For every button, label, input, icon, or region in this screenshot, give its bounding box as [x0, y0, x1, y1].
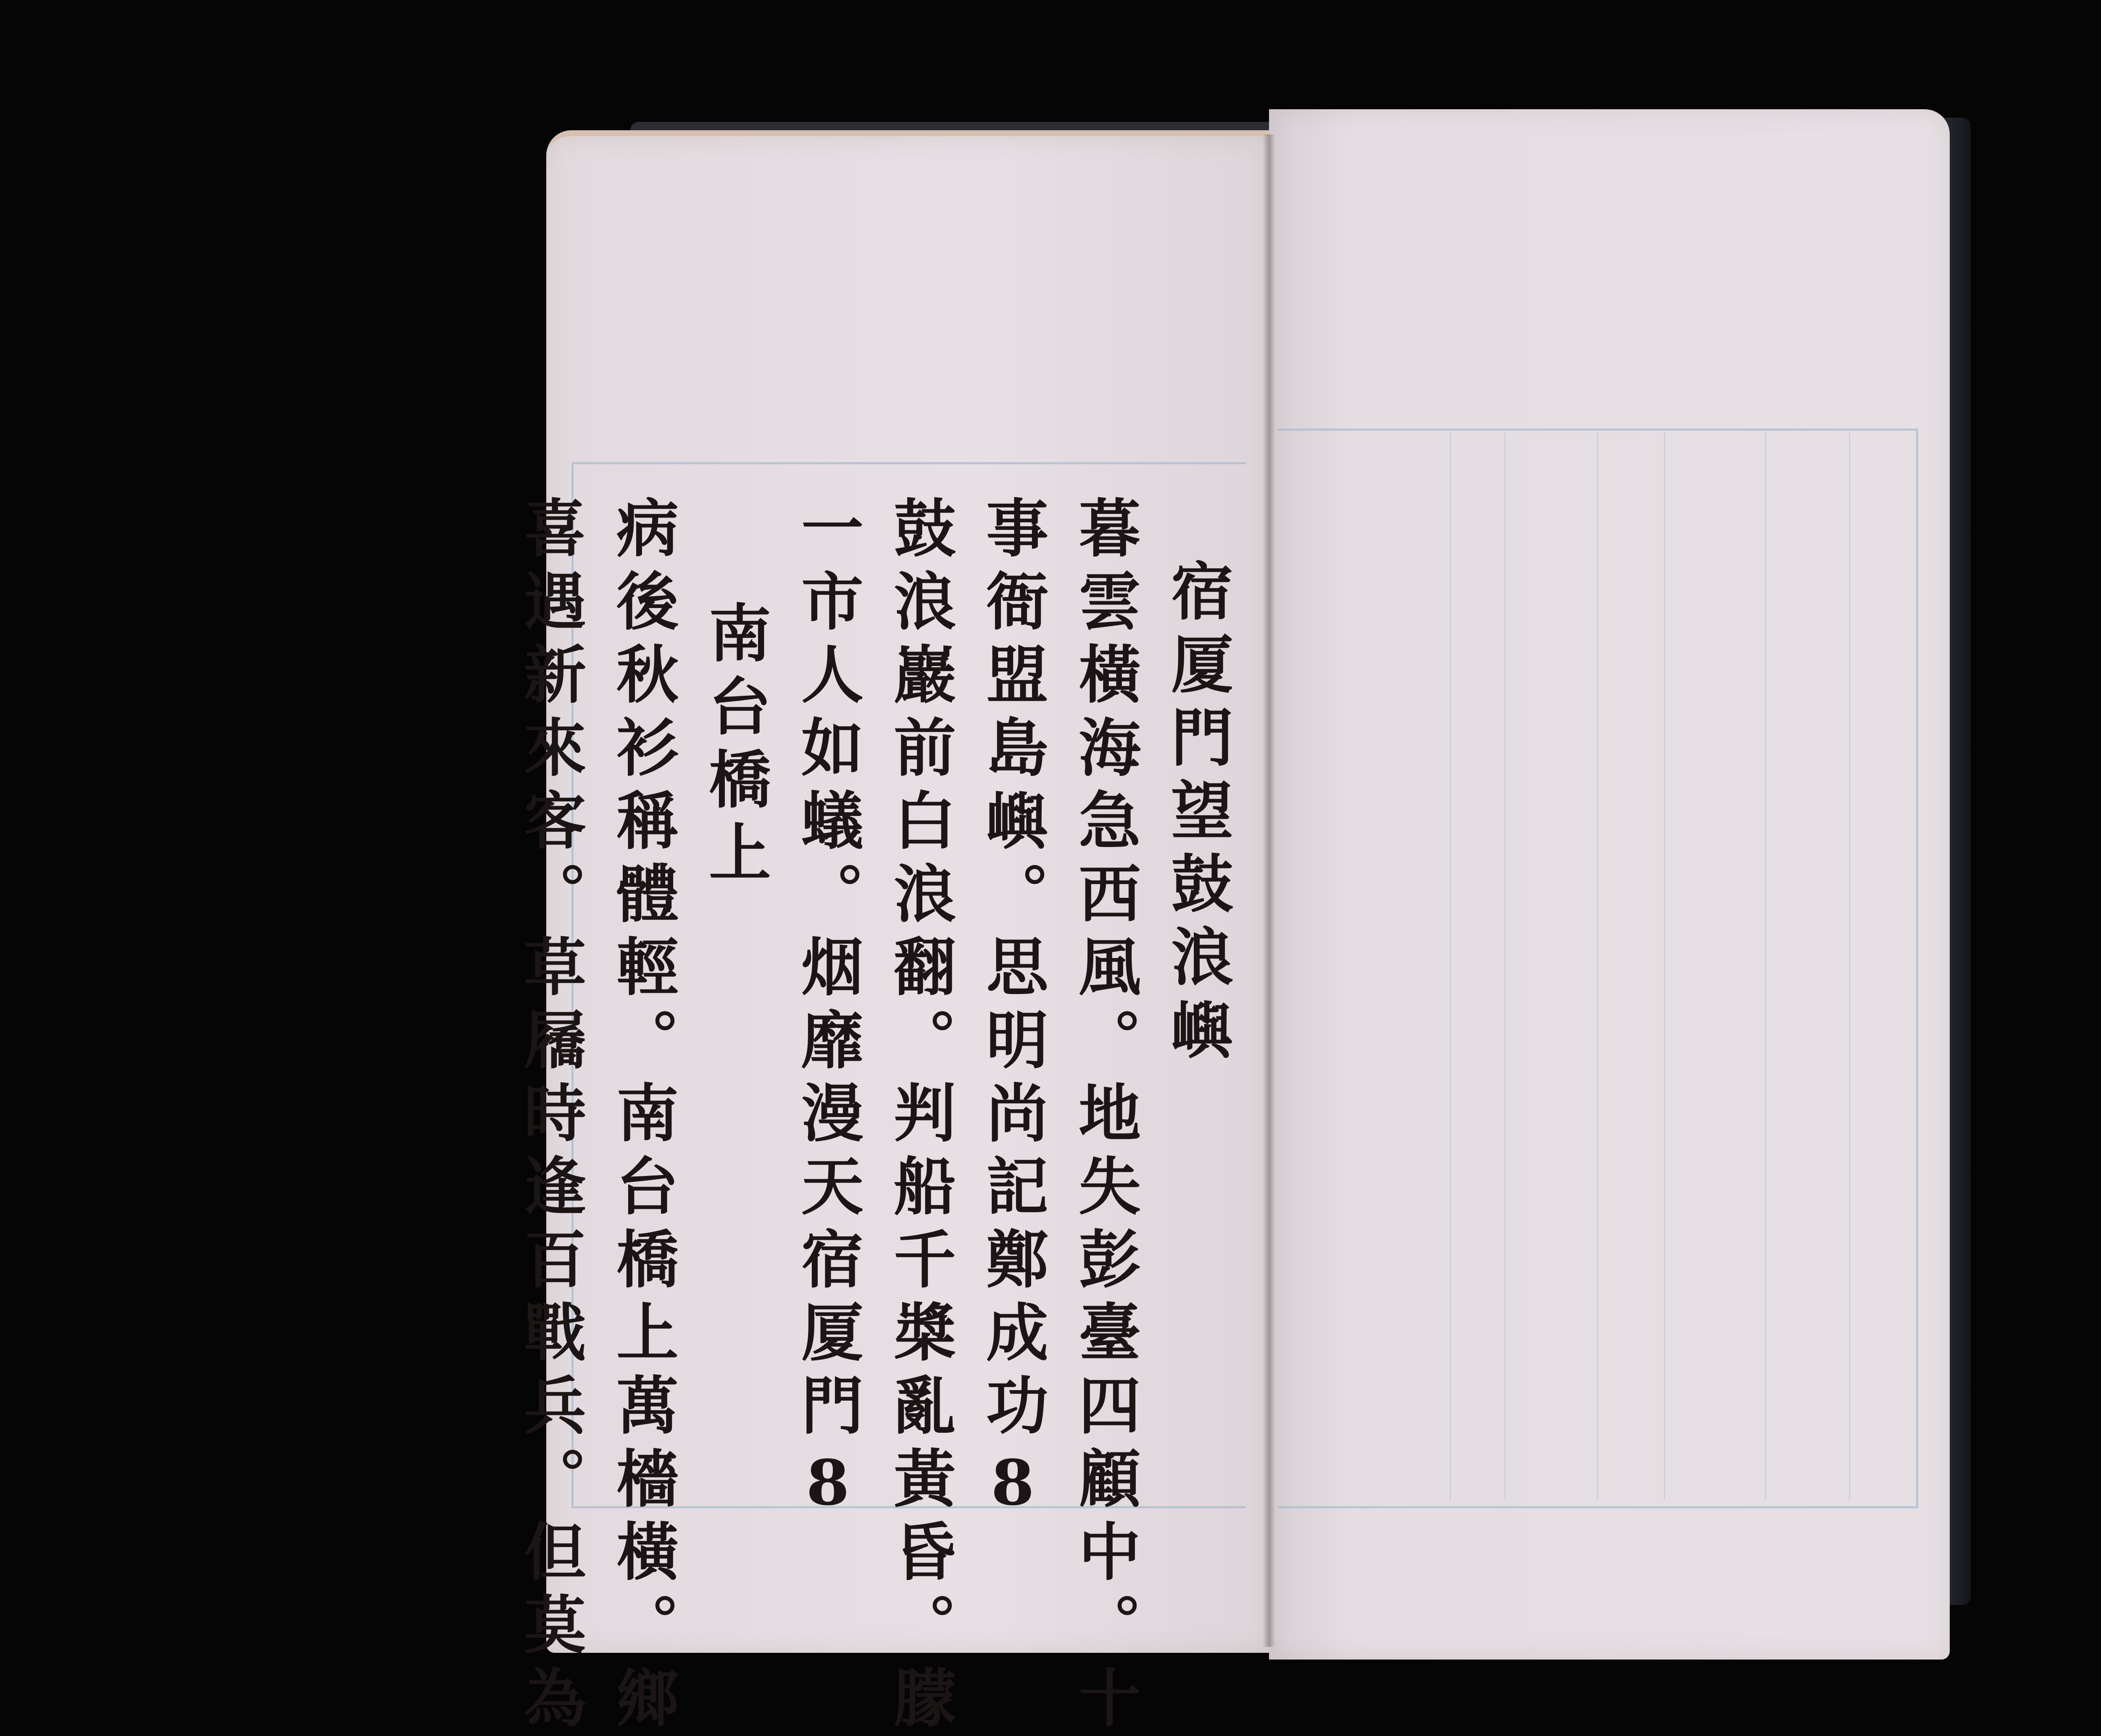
right-page-column-rule [1597, 433, 1598, 1500]
poem-line: 一市人如蟻。烟靡漫天宿厦門8 [782, 496, 874, 1512]
poem-line: 暮雲橫海急西風。地失彭臺四顧中。十領 [1059, 496, 1151, 1512]
book-gutter [1263, 134, 1275, 1647]
right-page-column-rule [1765, 433, 1766, 1500]
right-page-column-rule [1849, 433, 1850, 1500]
right-page-column-rule [1664, 433, 1665, 1500]
right-page-column-rule [1450, 433, 1451, 1500]
poem-line: 喜遇新來客。草屩時逢百戰兵。但莫為良 [504, 496, 597, 1512]
poem-line: 事衙盟島嶼。思明尚記鄭成功8 [966, 496, 1059, 1512]
poem-title-xiamen: 宿厦門望鼓浪嶼 [1151, 496, 1244, 1512]
left-page-text: 宿厦門望鼓浪嶼 暮雲橫海急西風。地失彭臺四顧中。十領 事衙盟島嶼。思明尚記鄭成功… [588, 496, 1244, 1512]
poem-line: 鼓浪巖前白浪翻。判船千槳亂黃昏。朦朧 [874, 496, 966, 1512]
right-page-column-rule [1504, 433, 1506, 1500]
poem-line: 病後秋衫稱體輕。南台橋上萬檣橫。鄉音 [597, 496, 689, 1512]
poem-title-nantai-bridge: 南台橋上 [689, 496, 782, 1512]
